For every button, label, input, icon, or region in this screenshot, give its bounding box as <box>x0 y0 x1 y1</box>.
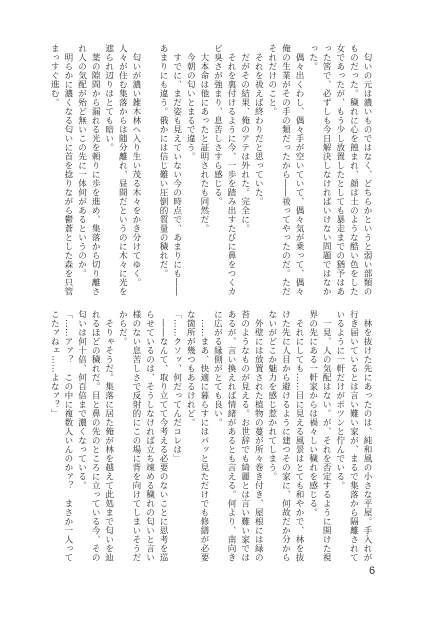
text-line: 行き届いているとは言い難い家が、まるで集落から隔離されて <box>346 310 360 558</box>
text-line: 俺の生業がその手の類だったから――祓ってやったのだ。ただ <box>278 44 292 286</box>
text-line: 人々が住む集落からは随分離れ、昼間だというのに木々に光を <box>115 44 129 286</box>
text-line: った。 <box>305 44 319 286</box>
text-line: 匂いの元は濃いものではなく、どちらかというと弱い部類の <box>359 44 373 286</box>
text-line: 一見、人の気配はない。が、それを否定するように開けた視 <box>319 310 333 558</box>
text-line: 葉の隙間から漏れる光を頼りに歩を進め、集落から切り離さ <box>88 44 102 286</box>
text-line: だがその結果、俺のアテは外れた。完全に。 <box>237 44 251 286</box>
text-line: 「……クソッ、何だってんだコレは」 <box>169 310 183 558</box>
text-line: ないがどこか魅力を感じ惹かれてしまう。 <box>264 310 278 558</box>
text-line: 遮られ辺りはとても暗い。 <box>101 44 115 286</box>
upper-text-block: 匂いの元は濃いものではなく、どちらかというと弱い部類のものだった。穢れに心を蝕ま… <box>47 44 373 286</box>
text-line: に広がる縁側がとても良い。 <box>210 310 224 558</box>
text-line: な箇所が幾つもあるけれど。 <box>183 310 197 558</box>
text-line: すでに、まだ姿も見えていない今の時点で、あまりにも―― <box>169 44 183 286</box>
text-line: それを裏付けるように今、一歩を踏み出すたびに鼻をつくカ <box>223 44 237 286</box>
text-line: こたァねェ……よなァ？」 <box>47 310 61 558</box>
text-line: 大本命は他にあったと証明されたも同然だ。 <box>196 44 210 286</box>
text-line: 様のない息苦しさで反射的にこの場に背を向けてしまいそうだ <box>128 310 142 558</box>
text-line: からだ。 <box>115 310 129 558</box>
text-line: ――なんて、取り立てて今考える必要のないことに思考を巡 <box>156 310 170 558</box>
book-page: 匂いの元は濃いものではなく、どちらかというと弱い部類のものだった。穢れに心を蝕ま… <box>0 0 423 618</box>
text-line <box>142 44 156 286</box>
text-line: 匂いが濃い雑木林へ入り生い茂る木々をかき分けてゆく。 <box>128 44 142 286</box>
text-line: まっすぐ進む。 <box>47 44 61 286</box>
text-line: それだけのこと。 <box>264 44 278 286</box>
text-line: それを祓えば終わりだと思っていた。 <box>251 44 265 286</box>
text-line: れ人の気配が殆ど無いこの先に一体何があるというのか。 <box>74 44 88 286</box>
text-line: ……まあ、快適に暮らすにはパッと見ただけでも修繕が必要 <box>196 310 210 558</box>
text-line: 今朝の匂いとまるで違う。 <box>183 44 197 286</box>
lower-text-block: 林を抜けた先にあったのは、純和風の小さな平屋。手入れが行き届いているとは言い難い… <box>47 310 373 558</box>
text-line: 明らかに濃くなる匂いに首を捻りながら鬱蒼とした森を只管 <box>60 44 74 286</box>
text-line: ものだった。穢れに心を蝕まれ、顔は土のような酷い色をした <box>346 44 360 286</box>
text-line: らせているのは、そうしなければ立ち竦める穢れの匂いと言い <box>142 310 156 558</box>
text-line: 匂いは何十倍、何百倍まで濃くなっている。 <box>74 310 88 558</box>
text-line: った筈で、必ずしも今日解決しなければいけない問題ではなか <box>319 44 333 286</box>
text-line: いるように一軒だけがポツンと佇んでいる。 <box>332 310 346 558</box>
text-line: あまりにも違う。俄かには信じ難い圧倒的質量の穢れだ。 <box>156 44 170 286</box>
text-line: けた先に人目から避けるように建つその家に、何故だか分から <box>278 310 292 558</box>
page-number: 6 <box>369 565 375 577</box>
text-line: 偶々出くわし、偶々手が空いていて、偶々気が乗って、偶々 <box>291 44 305 286</box>
text-line: あるが、言い換えれば情緒があるとも言える。何より、南向き <box>223 310 237 558</box>
text-line: それにしても……目に見える風景はとても和やかで、林を抜 <box>291 310 305 558</box>
text-line: 界の先にある一軒家からは禍々しい穢れを感じる。 <box>305 310 319 558</box>
text-line: れるほどの穢れだ。目と鼻の先のところに立っている今、その <box>88 310 102 558</box>
text-line: 女であったが、もう少し放置したとしても暴走までの猶予はあ <box>332 44 346 286</box>
text-line: 外壁には放置された植物の蔓が所々巻き付き、屋根には緑の <box>251 310 265 558</box>
text-line: 「……アァ？ この中に複数人いんのかァ？ まさか一人って <box>60 310 74 558</box>
text-line: ビ臭さが強まり、息苦しさすら感じる。 <box>210 44 224 286</box>
text-line: そりゃそうだ。集落に居た俺が林を越えて此処まで匂いを辿 <box>101 310 115 558</box>
text-line: 苔のようなものが見える。お世辞でも綺麗とは言い難い家では <box>237 310 251 558</box>
text-line: 林を抜けた先にあったのは、純和風の小さな平屋。手入れが <box>359 310 373 558</box>
